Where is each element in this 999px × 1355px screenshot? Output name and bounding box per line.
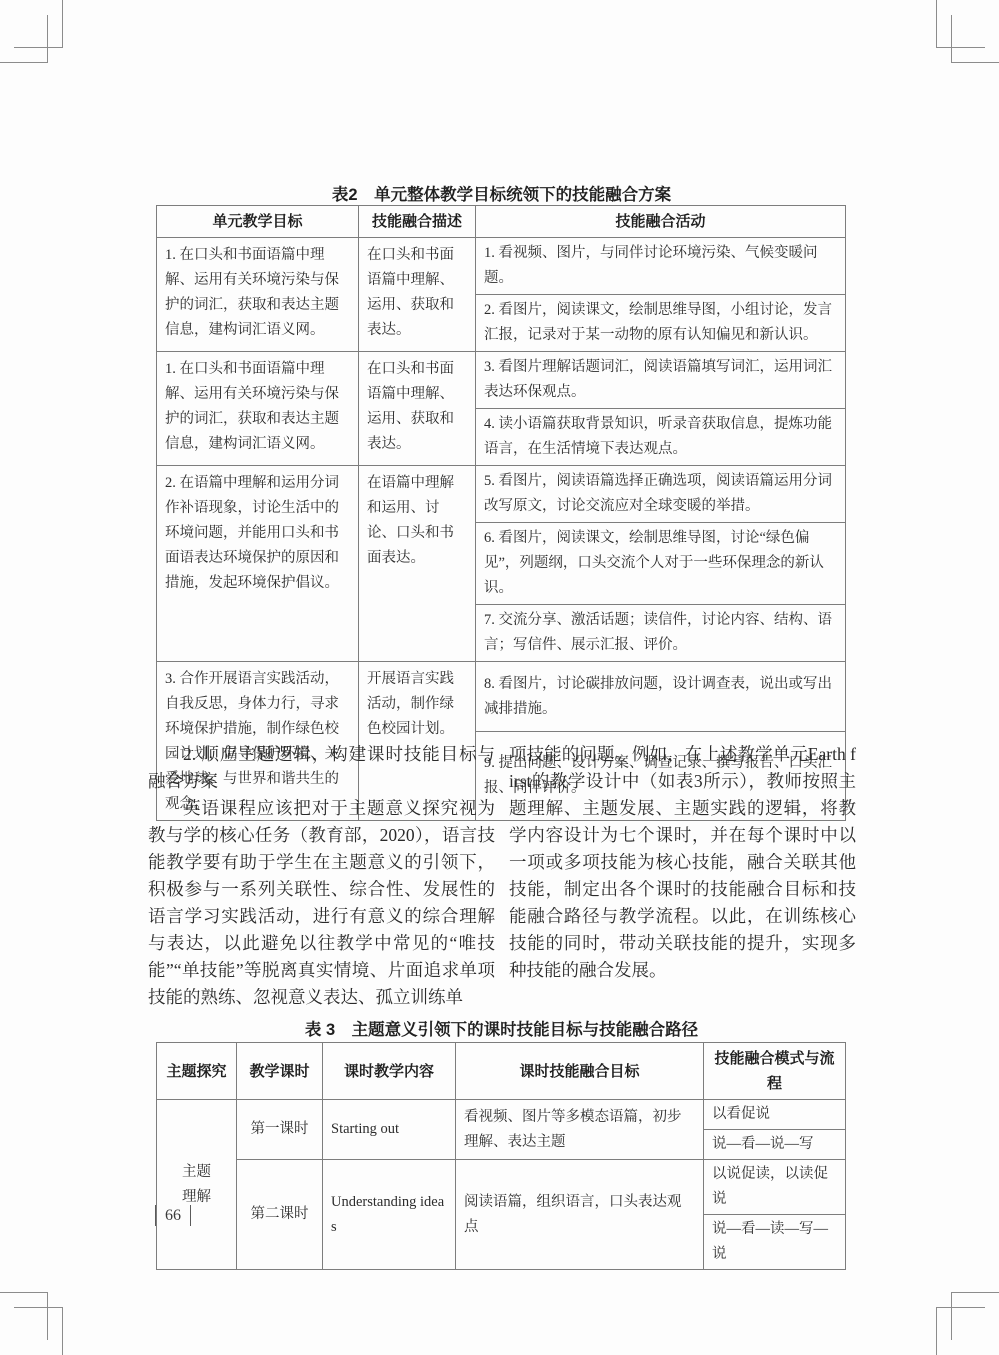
page-number-right-rule	[190, 1205, 191, 1226]
table2-activity-cell: 8. 看图片，讨论碳排放问题，设计调查表，说出或写出减排措施。	[476, 662, 846, 732]
table3-header-mode: 技能融合模式与流程	[704, 1043, 846, 1100]
table3-content-cell: Starting out	[323, 1100, 456, 1160]
table2-activity-cell: 5. 看图片，阅读语篇选择正确选项，阅读语篇运用分词改写原文，讨论交流应对全球变…	[476, 466, 846, 523]
table2-activity-cell: 2. 看图片，阅读课文，绘制思维导图，小组讨论，发言汇报，记录对于某一动物的原有…	[476, 295, 846, 352]
table3-mode-cell: 以看促说	[704, 1100, 846, 1130]
crop-mark-top-right-inner	[951, 15, 999, 63]
table2-header-description: 技能融合描述	[359, 206, 476, 238]
table3-goal-cell: 阅读语篇，组织语言，口头表达观点	[456, 1160, 704, 1270]
paragraph-right: 项技能的问题。例如，在上述教学单元Earth first的教学设计中（如表3所示…	[509, 741, 856, 984]
table2-description-cell: 在口头和书面语篇中理解、运用、获取和表达。	[359, 238, 476, 352]
table3-header-content: 课时教学内容	[323, 1043, 456, 1100]
document-page: 表2 单元整体教学目标统领下的技能融合方案 单元教学目标 技能融合描述 技能融合…	[0, 0, 999, 1355]
table2-activity-cell: 4. 读小语篇获取背景知识，听录音获取信息，提炼功能语言，在生活情境下表达观点。	[476, 409, 846, 466]
page-number-value: 66	[165, 1207, 181, 1225]
table2-activity-cell: 1. 看视频、图片，与同伴讨论环境污染、气候变暖问题。	[476, 238, 846, 295]
table2-header-activity: 技能融合活动	[476, 206, 846, 238]
body-text: 2. 顺应主题逻辑，构建课时技能目标与融合方案 英语课程应该把对于主题意义探究视…	[148, 741, 856, 1011]
table3: 主题探究 教学课时 课时教学内容 课时技能融合目标 技能融合模式与流程 主题理解…	[156, 1042, 846, 1270]
table3-header-goal: 课时技能融合目标	[456, 1043, 704, 1100]
table3-header-theme: 主题探究	[157, 1043, 237, 1100]
table2-objective-cell: 1. 在口头和书面语篇中理解、运用有关环境污染与保护的词汇，获取和表达主题信息，…	[157, 352, 359, 466]
page-number: 66	[155, 1205, 191, 1226]
table2: 单元教学目标 技能融合描述 技能融合活动 1. 在口头和书面语篇中理解、运用有关…	[156, 205, 846, 821]
table3-mode-cell: 说—看—说—写	[704, 1130, 846, 1160]
section-heading: 2. 顺应主题逻辑，构建课时技能目标与融合方案	[148, 741, 495, 795]
table3-caption: 表 3 主题意义引领下的课时技能目标与技能融合路径	[148, 1016, 855, 1040]
table3-theme-cell: 主题理解	[157, 1100, 237, 1270]
table2-objective-cell: 1. 在口头和书面语篇中理解、运用有关环境污染与保护的词汇，获取和表达主题信息，…	[157, 238, 359, 352]
crop-mark-bottom-left-inner	[0, 1292, 48, 1340]
table2-activity-cell: 6. 看图片，阅读课文，绘制思维导图，讨论“绿色偏见”，列题纲，口头交流个人对于…	[476, 523, 846, 605]
table3-lesson-cell: 第二课时	[237, 1160, 323, 1270]
table3-theme-text: 主题理解	[179, 1160, 214, 1210]
table2-objective-cell: 2. 在语篇中理解和运用分词作补语现象，讨论生活中的环境问题，并能用口头和书面语…	[157, 466, 359, 662]
body-column-right: 项技能的问题。例如，在上述教学单元Earth first的教学设计中（如表3所示…	[509, 741, 856, 1011]
table3-goal-cell: 看视频、图片等多模态语篇，初步理解、表达主题	[456, 1100, 704, 1160]
table2-caption: 表2 单元整体教学目标统领下的技能融合方案	[148, 181, 855, 205]
page-number-left-rule	[155, 1205, 156, 1226]
table2-activity-cell: 7. 交流分享、激活话题；读信件，讨论内容、结构、语言；写信件、展示汇报、评价。	[476, 605, 846, 662]
body-column-left: 2. 顺应主题逻辑，构建课时技能目标与融合方案 英语课程应该把对于主题意义探究视…	[148, 741, 495, 1011]
paragraph-left: 英语课程应该把对于主题意义探究视为教与学的核心任务（教育部，2020），语言技能…	[148, 795, 495, 1011]
table3-content-cell: Understanding ideas	[323, 1160, 456, 1270]
table3-header-lesson: 教学课时	[237, 1043, 323, 1100]
table2-description-cell: 在语篇中理解和运用、讨论、口头和书面表达。	[359, 466, 476, 662]
crop-mark-top-left-inner	[0, 15, 48, 63]
table2-header-objective: 单元教学目标	[157, 206, 359, 238]
table2-activity-cell: 3. 看图片理解话题词汇，阅读语篇填写词汇，运用词汇表达环保观点。	[476, 352, 846, 409]
table3-lesson-cell: 第一课时	[237, 1100, 323, 1160]
table3-mode-cell: 说—看—读—写—说	[704, 1215, 846, 1270]
table2-description-cell: 在口头和书面语篇中理解、运用、获取和表达。	[359, 352, 476, 466]
crop-mark-bottom-right-inner	[951, 1292, 999, 1340]
table3-mode-cell: 以说促读，以读促说	[704, 1160, 846, 1215]
